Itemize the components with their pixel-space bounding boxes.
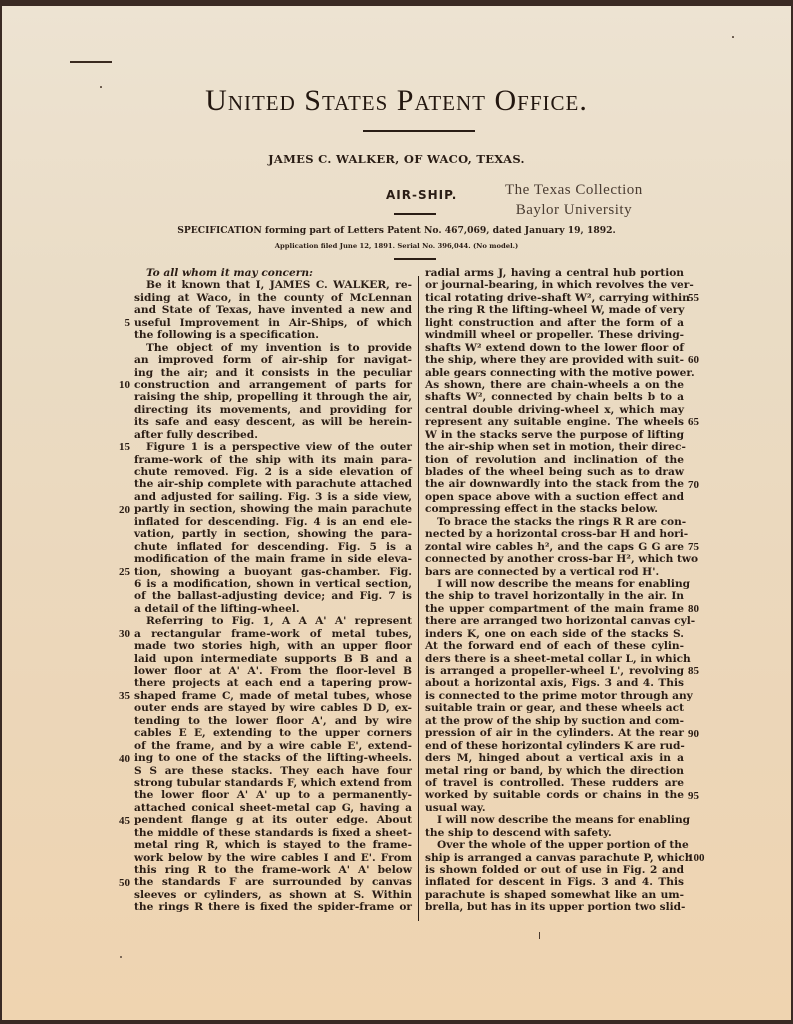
text-line: its safe and easy descent, as will be he… bbox=[134, 416, 412, 428]
text-line: I will now describe the means for enabli… bbox=[425, 814, 684, 826]
text-line: at the prow of the ship by suction and c… bbox=[425, 715, 684, 727]
text-line: tion of revolution and inclination of th… bbox=[425, 454, 684, 466]
paper-speck bbox=[100, 86, 102, 88]
specification-line: SPECIFICATION forming part of Letters Pa… bbox=[2, 225, 791, 236]
application-rule bbox=[394, 258, 436, 260]
line-number: 50 bbox=[114, 877, 130, 889]
invention-title-rule bbox=[394, 213, 436, 215]
line-number: 95 bbox=[688, 790, 699, 802]
text-line: parachute is shaped somewhat like an um- bbox=[425, 889, 684, 901]
text-line: open space above with a suction effect a… bbox=[425, 491, 684, 503]
text-line: represent any suitable engine. The wheel… bbox=[425, 416, 684, 428]
line-number: 75 bbox=[688, 541, 699, 553]
library-stamp: The Texas Collection Baylor University bbox=[505, 180, 643, 220]
text-line: work below by the wire cables I and E'. … bbox=[134, 852, 412, 864]
text-line: directing its movements, and providing f… bbox=[134, 404, 412, 416]
text-line: construction and arrangement of parts fo… bbox=[134, 379, 412, 391]
title-rule bbox=[363, 130, 475, 132]
text-line: the standards F are surrounded by canvas bbox=[134, 876, 412, 888]
text-line: inders K, one on each side of the stacks… bbox=[425, 628, 684, 640]
right-text-column: radial arms J, having a central hub port… bbox=[425, 267, 684, 914]
stamp-line-1: The Texas Collection bbox=[505, 180, 643, 200]
text-line: Referring to Fig. 1, A A A' A' represent bbox=[134, 615, 412, 627]
text-line: the lower floor A' A' up to a permanentl… bbox=[134, 789, 412, 801]
text-line: nected by a horizontal cross-bar H and h… bbox=[425, 528, 684, 540]
text-line: ing to one of the stacks of the lifting-… bbox=[134, 752, 412, 764]
text-line: there projects at each end a tapering pr… bbox=[134, 677, 412, 689]
text-line: pression of air in the cylinders. At the… bbox=[425, 727, 684, 739]
text-line: connected by another cross-bar H², which… bbox=[425, 553, 684, 565]
text-line: inflated for descent in Figs. 3 and 4. T… bbox=[425, 876, 684, 888]
text-line: is connected to the prime motor through … bbox=[425, 690, 684, 702]
text-line: inflated for descending. Fig. 4 is an en… bbox=[134, 516, 412, 528]
text-line: Over the whole of the upper portion of t… bbox=[425, 839, 684, 851]
inventor-line: JAMES C. WALKER, OF WACO, TEXAS. bbox=[2, 152, 791, 166]
text-line: able gears connecting with the motive po… bbox=[425, 367, 684, 379]
text-line: metal ring R, which is stayed to the fra… bbox=[134, 839, 412, 851]
text-line: the air-ship complete with parachute att… bbox=[134, 478, 412, 490]
patent-page: United States Patent Office. JAMES C. WA… bbox=[2, 6, 791, 1020]
text-line: central double driving-wheel x, which ma… bbox=[425, 404, 684, 416]
line-number: 55 bbox=[688, 292, 699, 304]
column-divider bbox=[418, 276, 419, 921]
text-line: end of these horizontal cylinders K are … bbox=[425, 740, 684, 752]
text-line: 6 is a modification, shown in vertical s… bbox=[134, 578, 412, 590]
line-number: 45 bbox=[114, 815, 130, 827]
text-line: compressing effect in the stacks below. bbox=[425, 503, 684, 515]
text-line: of the ballast-adjusting device; and Fig… bbox=[134, 590, 412, 602]
line-number: 15 bbox=[114, 441, 130, 453]
text-line: the ship to travel horizontally in the a… bbox=[425, 590, 684, 602]
text-line: the ship to descend with safety. bbox=[425, 827, 684, 839]
text-line: the upper compartment of the main frame bbox=[425, 603, 684, 615]
invention-title: AIR-SHIP. bbox=[386, 188, 457, 202]
line-number: 30 bbox=[114, 628, 130, 640]
text-line: outer ends are stayed by wire cables D D… bbox=[134, 702, 412, 714]
line-number: 10 bbox=[114, 379, 130, 391]
text-line: usual way. bbox=[425, 802, 684, 814]
text-line: partly in section, showing the main para… bbox=[134, 503, 412, 515]
text-line: raising the ship, propelling it through … bbox=[134, 391, 412, 403]
text-line: brella, but has in its upper portion two… bbox=[425, 901, 684, 913]
text-line: sleeves or cylinders, as shown at S. Wit… bbox=[134, 889, 412, 901]
text-line: To brace the stacks the rings R R are co… bbox=[425, 516, 684, 528]
application-line: Application filed June 12, 1891. Serial … bbox=[2, 242, 791, 250]
text-line: shafts W² extend down to the lower floor… bbox=[425, 342, 684, 354]
line-number: 65 bbox=[688, 416, 699, 428]
text-line: To all whom it may concern: bbox=[134, 267, 412, 279]
text-line: shaped frame C, made of metal tubes, who… bbox=[134, 690, 412, 702]
text-line: there are arranged two horizontal canvas… bbox=[425, 615, 684, 627]
text-line: As shown, there are chain-wheels a on th… bbox=[425, 379, 684, 391]
line-number: 20 bbox=[114, 504, 130, 516]
text-line: ders M, hinged about a vertical axis in … bbox=[425, 752, 684, 764]
text-line: radial arms J, having a central hub port… bbox=[425, 267, 684, 279]
paper-speck bbox=[120, 956, 122, 958]
text-line: zontal wire cables h², and the caps G G … bbox=[425, 541, 684, 553]
text-line: chute removed. Fig. 2 is a side elevatio… bbox=[134, 466, 412, 478]
text-line: the following is a specification. bbox=[134, 329, 412, 341]
text-line: a rectangular frame-work of metal tubes, bbox=[134, 628, 412, 640]
text-line: tending to the lower floor A', and by wi… bbox=[134, 715, 412, 727]
text-line: The object of my invention is to provide bbox=[134, 342, 412, 354]
text-line: Be it known that I, JAMES C. WALKER, re- bbox=[134, 279, 412, 291]
text-line: ship is arranged a canvas parachute P, w… bbox=[425, 852, 684, 864]
line-number: 100 bbox=[688, 852, 705, 864]
text-line: the rings R there is fixed the spider-fr… bbox=[134, 901, 412, 913]
text-line: a detail of the lifting-wheel. bbox=[134, 603, 412, 615]
text-line: the air-ship when set in motion, their d… bbox=[425, 441, 684, 453]
text-line: At the forward end of each of these cyli… bbox=[425, 640, 684, 652]
text-line: modification of the main frame in side e… bbox=[134, 553, 412, 565]
text-line: or journal-bearing, in which revolves th… bbox=[425, 279, 684, 291]
text-line: of the frame, and by a wire cable E', ex… bbox=[134, 740, 412, 752]
stamp-line-2: Baylor University bbox=[505, 200, 643, 220]
text-line: of travel is controlled. These rudders a… bbox=[425, 777, 684, 789]
text-line: chute inflated for descending. Fig. 5 is… bbox=[134, 541, 412, 553]
text-line: the air downwardly into the stack from t… bbox=[425, 478, 684, 490]
text-line: after fully described. bbox=[134, 429, 412, 441]
text-line: light construction and after the form of… bbox=[425, 317, 684, 329]
text-line: worked by suitable cords or chains in th… bbox=[425, 789, 684, 801]
line-number: 90 bbox=[688, 728, 699, 740]
text-line: and adjusted for sailing. Fig. 3 is a si… bbox=[134, 491, 412, 503]
text-line: strong tubular standards F, which extend… bbox=[134, 777, 412, 789]
text-line: I will now describe the means for enabli… bbox=[425, 578, 684, 590]
text-line: shafts W², connected by chain belts b to… bbox=[425, 391, 684, 403]
text-line: W in the stacks serve the purpose of lif… bbox=[425, 429, 684, 441]
text-line: pendent flange g at its outer edge. Abou… bbox=[134, 814, 412, 826]
text-line: about a horizontal axis, Figs. 3 and 4. … bbox=[425, 677, 684, 689]
text-line: cables E E, extending to the upper corne… bbox=[134, 727, 412, 739]
line-number: 85 bbox=[688, 665, 699, 677]
text-line: useful Improvement in Air-Ships, of whic… bbox=[134, 317, 412, 329]
left-text-column: To all whom it may concern:Be it known t… bbox=[134, 267, 412, 914]
text-line: laid upon intermediate supports B B and … bbox=[134, 653, 412, 665]
text-line: made two stories high, with an upper flo… bbox=[134, 640, 412, 652]
text-line: lower floor at A' A'. From the floor-lev… bbox=[134, 665, 412, 677]
text-line: is arranged a propeller-wheel L', revolv… bbox=[425, 665, 684, 677]
text-line: metal ring or band, by which the directi… bbox=[425, 765, 684, 777]
text-line: the middle of these standards is fixed a… bbox=[134, 827, 412, 839]
line-number: 40 bbox=[114, 753, 130, 765]
text-line: tion, showing a buoyant gas-chamber. Fig… bbox=[134, 566, 412, 578]
text-line: blades of the wheel being such as to dra… bbox=[425, 466, 684, 478]
text-line: S S are these stacks. They each have fou… bbox=[134, 765, 412, 777]
text-line: tical rotating drive-shaft W², carrying … bbox=[425, 292, 684, 304]
line-number: 5 bbox=[114, 317, 130, 329]
line-number: 60 bbox=[688, 354, 699, 366]
office-title: United States Patent Office. bbox=[2, 84, 791, 118]
line-number: 35 bbox=[114, 690, 130, 702]
line-number: 70 bbox=[688, 479, 699, 491]
text-line: this ring R to the frame-work A' A' belo… bbox=[134, 864, 412, 876]
text-line: bars are connected by a vertical rod H'. bbox=[425, 566, 684, 578]
text-line: an improved form of air-ship for navigat… bbox=[134, 354, 412, 366]
text-line: frame-work of the ship with its main par… bbox=[134, 454, 412, 466]
text-line: the ship, where they are provided with s… bbox=[425, 354, 684, 366]
text-line: and State of Texas, have invented a new … bbox=[134, 304, 412, 316]
corner-dash-mark bbox=[70, 61, 112, 63]
text-line: Figure 1 is a perspective view of the ou… bbox=[134, 441, 412, 453]
text-line: ders there is a sheet-metal collar L, in… bbox=[425, 653, 684, 665]
bottom-tick-mark bbox=[539, 932, 540, 939]
text-line: ing the air; and it consists in the pecu… bbox=[134, 367, 412, 379]
text-line: suitable train or gear, and these wheels… bbox=[425, 702, 684, 714]
line-number: 25 bbox=[114, 566, 130, 578]
line-number: 80 bbox=[688, 603, 699, 615]
text-line: is shown folded or out of use in Fig. 2 … bbox=[425, 864, 684, 876]
text-line: vation, partly in section, showing the p… bbox=[134, 528, 412, 540]
text-line: windmill wheel or propeller. These drivi… bbox=[425, 329, 684, 341]
text-line: the ring R the lifting-wheel W, made of … bbox=[425, 304, 684, 316]
text-line: attached conical sheet-metal cap G, havi… bbox=[134, 802, 412, 814]
paper-speck bbox=[732, 36, 734, 38]
text-line: siding at Waco, in the county of McLenna… bbox=[134, 292, 412, 304]
